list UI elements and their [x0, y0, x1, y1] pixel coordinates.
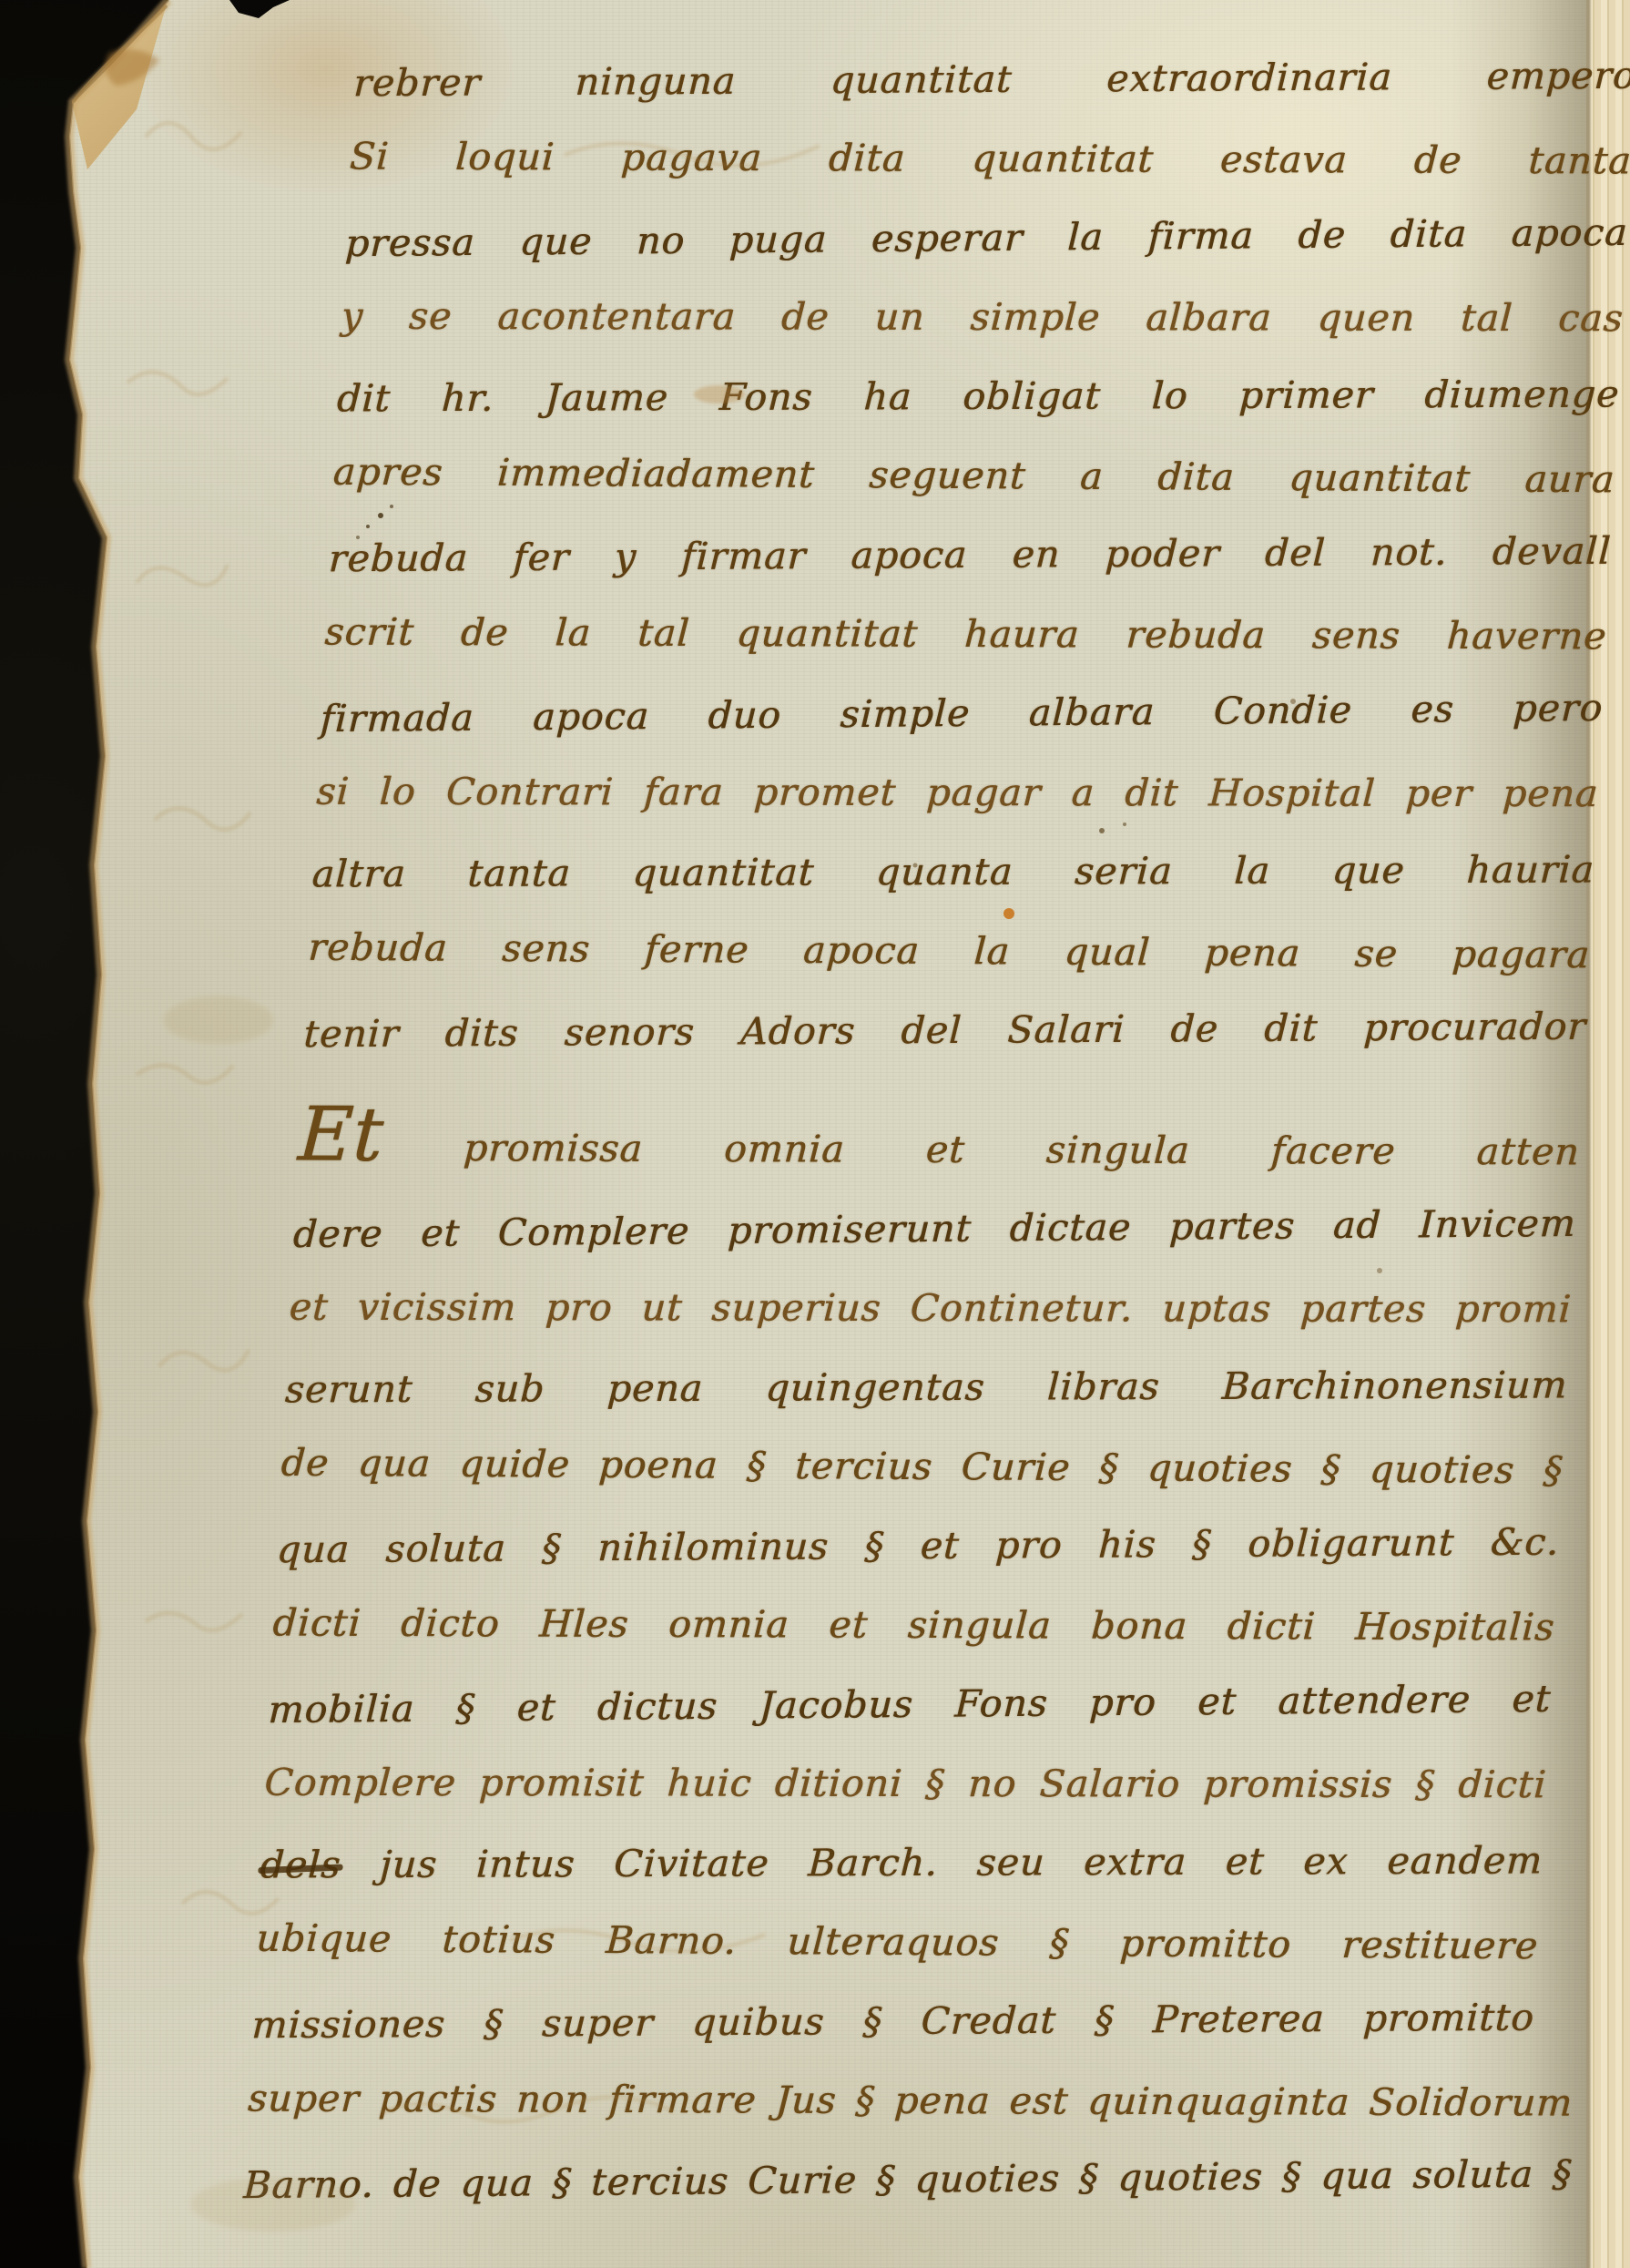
manuscript-line: Barno. de qua § tercius Curie § quoties …: [241, 2135, 1527, 2225]
manuscript-line: et vicissim pro ut superius Continetur. …: [287, 1268, 1574, 1349]
manuscript-line: super pactis non firmare Jus § pena est …: [246, 2059, 1533, 2143]
paragraph: rebrer ninguna quantitat extraordinaria …: [301, 40, 1630, 1070]
line-text: dere et Complere promiserunt dictae part…: [292, 1201, 1577, 1256]
manuscript-line: rebuda sens ferne apoca la qual pena se …: [306, 908, 1593, 996]
manuscript-line: rebrer ninguna quantitat extraordinaria …: [351, 36, 1630, 124]
line-text: serunt sub pena quingentas libras Barchi…: [284, 1364, 1569, 1412]
line-text: Si loqui pagava dita quantitat estava de…: [349, 135, 1630, 183]
manuscript-line: de qua quide poena § tercius Curie § quo…: [279, 1424, 1565, 1511]
line-text: rebuda fer y firmar apoca en poder del n…: [328, 529, 1613, 581]
struck-word: dels: [260, 1843, 342, 1886]
line-text: qua soluta § nihilominus § et pro his § …: [276, 1520, 1561, 1572]
line-text: dicti dicto Hles omnia et singula bona d…: [271, 1601, 1555, 1650]
drop-cap: Et: [296, 1092, 385, 1179]
manuscript-line: altra tanta quantitat quanta seria la qu…: [311, 831, 1597, 914]
manuscript-line: y se acontentara de un simple albara que…: [339, 277, 1625, 358]
manuscript-line: firmada apoca duo simple albara Condie e…: [319, 669, 1605, 759]
line-text: si lo Contrari fara promet pagar a dit H…: [315, 770, 1599, 815]
line-text: pressa que no puga esperar la firma de d…: [344, 210, 1629, 265]
manuscript-line: Et promissa omnia et singula facere atte…: [296, 1108, 1583, 1192]
line-text: dit hr. Jaume Fons ha obligat lo primer …: [336, 373, 1621, 421]
manuscript-line: dit hr. Jaume Fons ha obligat lo primer …: [335, 355, 1622, 439]
manuscript-line: serunt sub pena quingentas libras Barchi…: [283, 1346, 1570, 1430]
manuscript-line: scrit de la tal quantitat haura rebuda s…: [322, 593, 1609, 677]
manuscript-line: Si loqui pagava dita quantitat estava de…: [348, 117, 1630, 201]
manuscript-line: ubique totius Barno. ulteraquos § promit…: [254, 1899, 1541, 1987]
line-text: firmada apoca duo simple albara Condie e…: [320, 686, 1605, 741]
line-text: apres immediadament seguent a dita quant…: [331, 450, 1615, 502]
manuscript-line: apres immediadament seguent a dita quant…: [331, 433, 1617, 520]
line-text: y se acontentara de un simple albara que…: [341, 294, 1625, 340]
line-text: et vicissim pro ut superius Continetur. …: [289, 1285, 1573, 1331]
line-text: missiones § super quibus § Credat § Pret…: [250, 1996, 1535, 2048]
manuscript-photograph: rebrer ninguna quantitat extraordinaria …: [0, 0, 1630, 2268]
line-text: scrit de la tal quantitat haura rebuda s…: [323, 610, 1607, 659]
manuscript-line: missiones § super quibus § Credat § Pret…: [250, 1978, 1535, 2066]
line-text: de qua quide poena § tercius Curie § quo…: [280, 1441, 1564, 1493]
line-text: super pactis non firmare Jus § pena est …: [247, 2077, 1574, 2125]
manuscript-line: mobilia § et dictus Jacobus Fons pro et …: [267, 1660, 1553, 1750]
line-text: tenir dits senors Adors del Salari de di…: [302, 1005, 1587, 1057]
line-text: mobilia § et dictus Jacobus Fons pro et …: [268, 1677, 1553, 1732]
manuscript-line: pressa que no puga esperar la firma de d…: [343, 193, 1629, 283]
line-text: rebuda sens ferne apoca la qual pena se …: [307, 925, 1591, 977]
line-text: rebrer ninguna quantitat extraordinaria …: [352, 54, 1630, 106]
line-text: Complere promisit huic ditioni § no Sala…: [263, 1761, 1547, 1806]
manuscript-line: qua soluta § nihilominus § et pro his § …: [275, 1503, 1561, 1590]
manuscript-line: dels jus intus Civitate Barch. seu extra…: [259, 1822, 1545, 1905]
manuscript-line: rebuda fer y firmar apoca en poder del n…: [327, 512, 1613, 599]
line-text: Barno. de qua § tercius Curie § quoties …: [242, 2151, 1573, 2207]
manuscript-line: dere et Complere promiserunt dictae part…: [291, 1184, 1577, 1274]
line-text: jus intus Civitate Barch. seu extra et e…: [340, 1839, 1543, 1887]
line-text: promissa omnia et singula facere atten: [381, 1126, 1581, 1174]
line-text: ubique totius Barno. ulteraquos § promit…: [255, 1916, 1539, 1968]
line-text: altra tanta quantitat quanta seria la qu…: [311, 848, 1596, 896]
paragraph: Et promissa omnia et singula facere atte…: [241, 1110, 1582, 2220]
manuscript-line: dicti dicto Hles omnia et singula bona d…: [270, 1584, 1557, 1668]
manuscript-text-block: rebrer ninguna quantitat extraordinaria …: [241, 40, 1630, 2220]
manuscript-line: Complere promisit huic ditioni § no Sala…: [262, 1743, 1549, 1824]
manuscript-line: si lo Contrari fara promet pagar a dit H…: [314, 752, 1601, 833]
manuscript-line: tenir dits senors Adors del Salari de di…: [301, 987, 1587, 1075]
